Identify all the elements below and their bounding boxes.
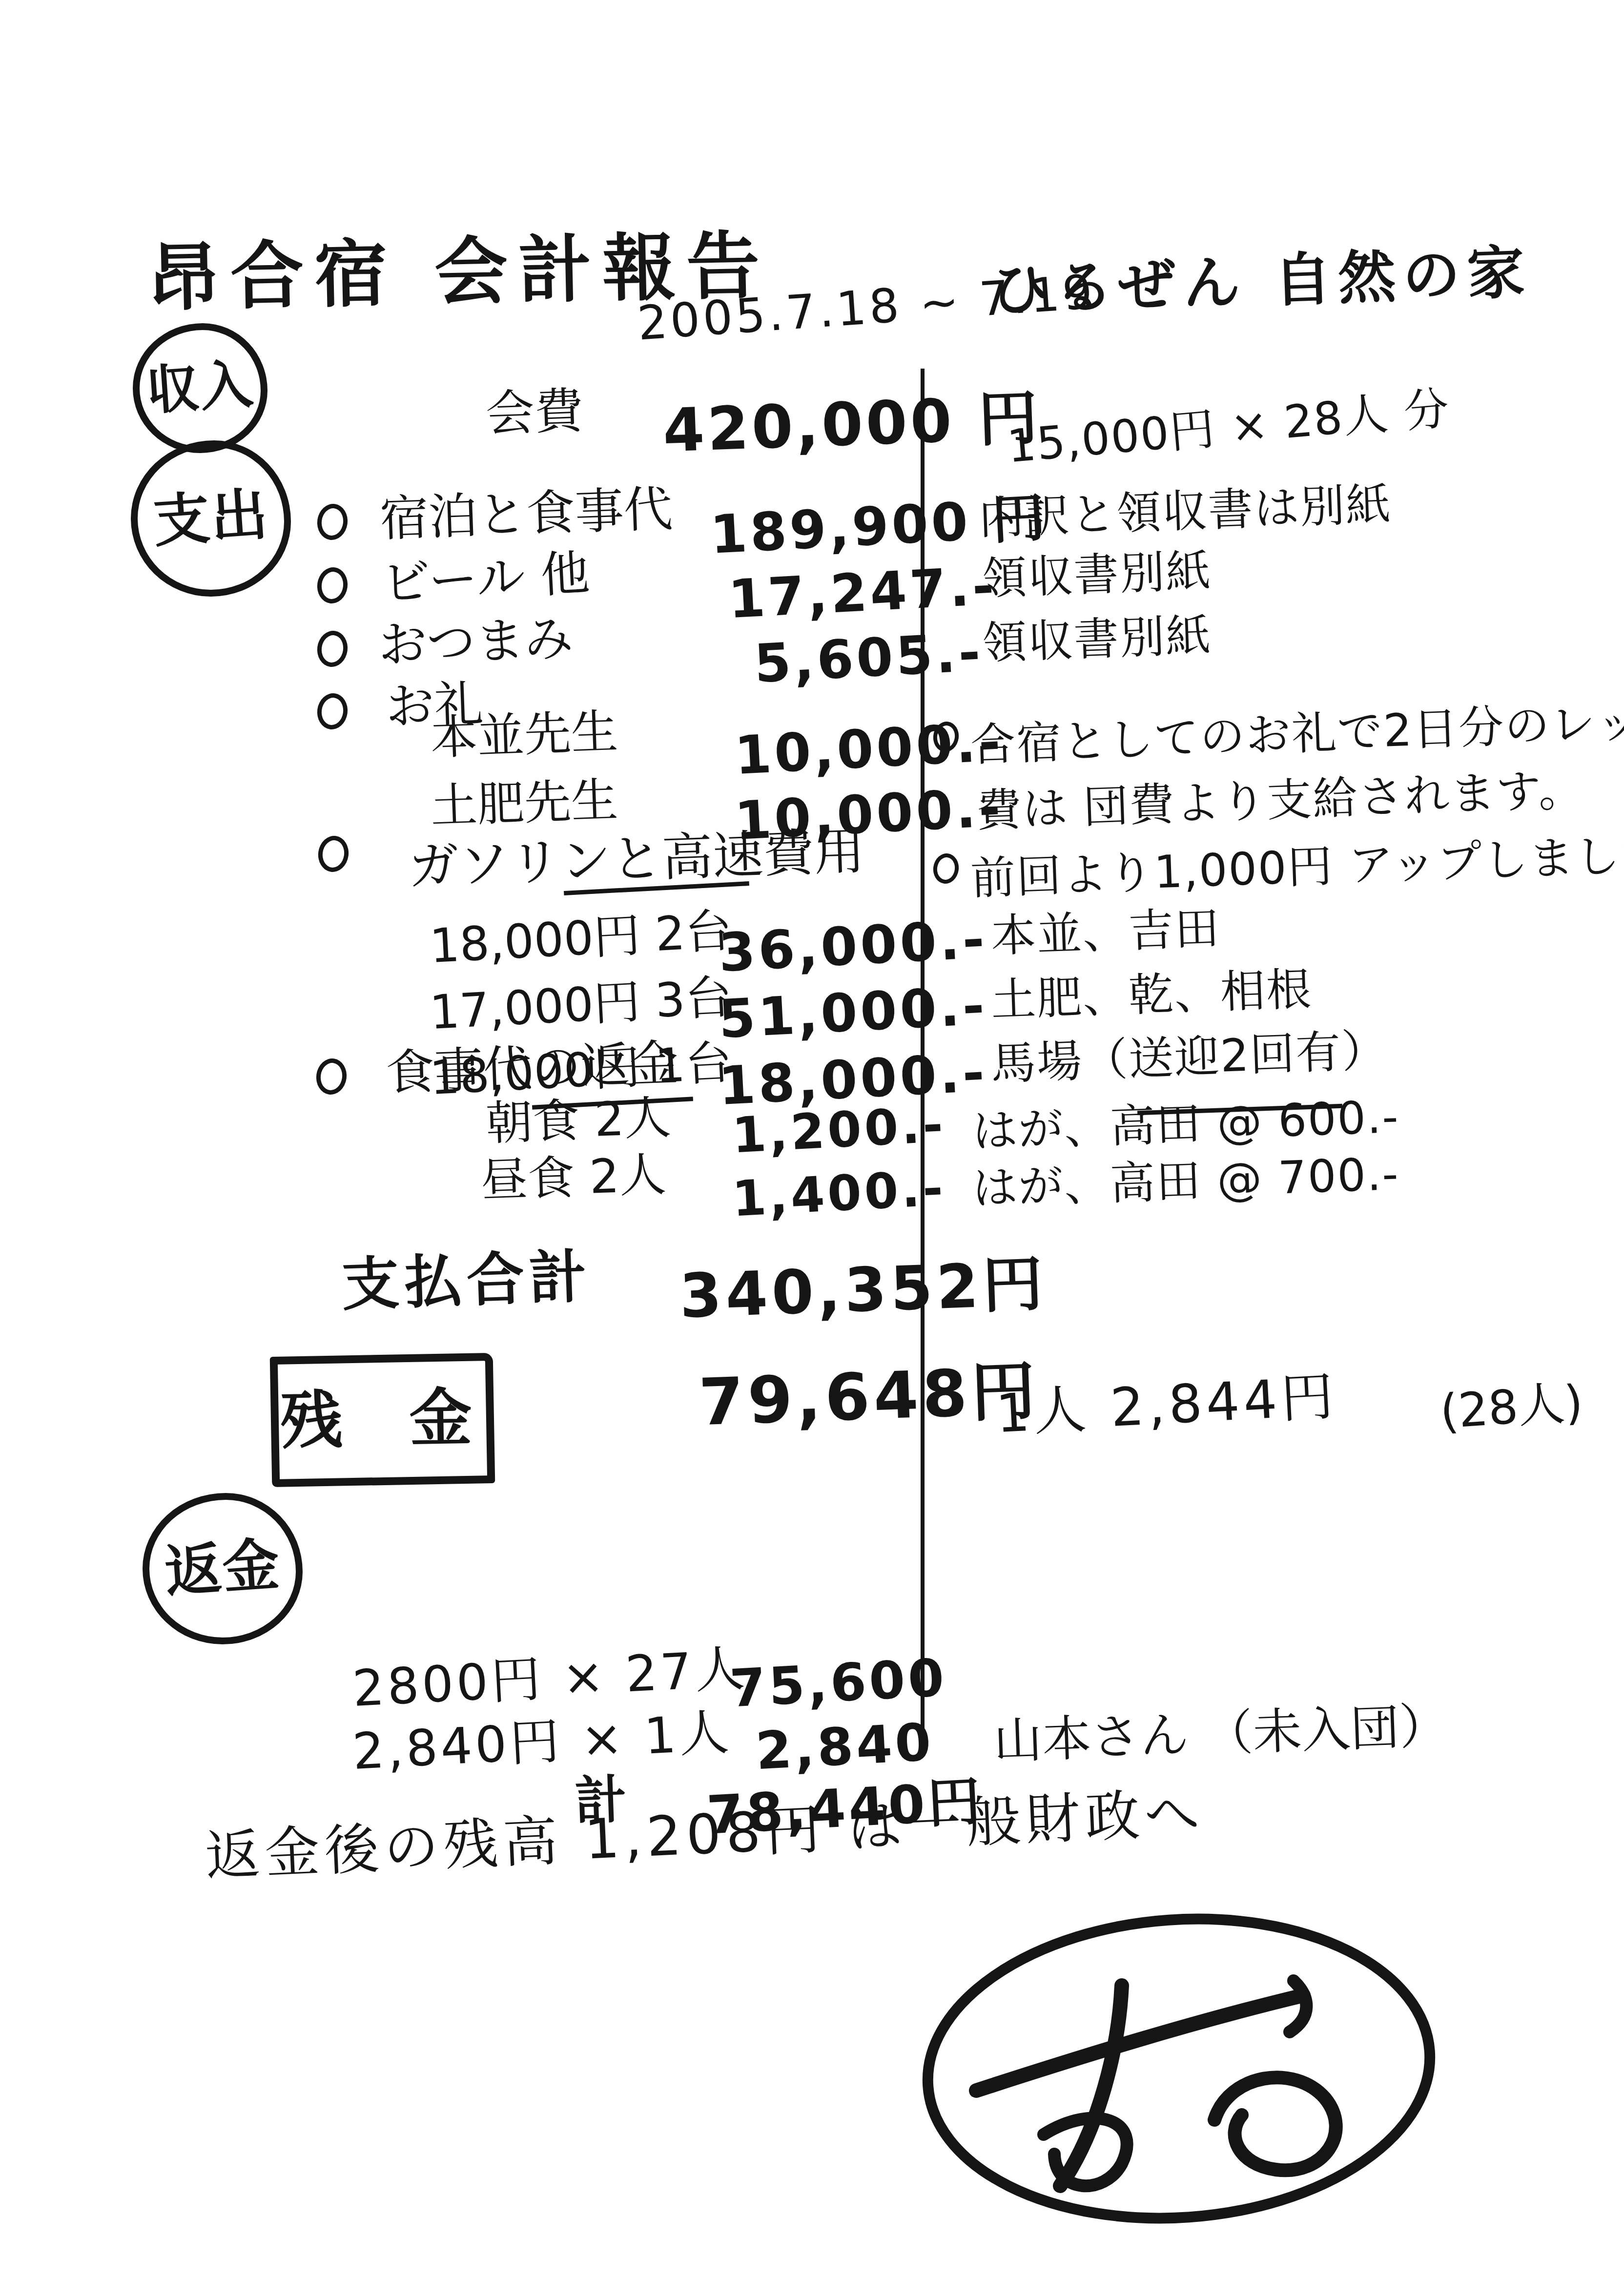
income-section-badge: 収入 — [133, 323, 267, 453]
breakfast-note: はが、高田 @ 600.- — [972, 1094, 1400, 1156]
bullet-circle-icon — [315, 629, 350, 669]
balance-amount: 79,648円 — [698, 1357, 1041, 1437]
venue-name: ひるぜん 自然の家 — [990, 242, 1532, 321]
gasoline-label: ガソリンと高速費用 — [407, 825, 865, 894]
payment-total-amount: 340,352円 — [678, 1252, 1048, 1328]
gratuity-note-line1: 合宿としてのお礼で2日分のレッスン — [970, 696, 1624, 769]
meal-refund-label: 食事代の返金 — [385, 1037, 679, 1099]
membership-fee-label: 会費 — [485, 385, 584, 440]
breakfast-label: 朝食 2人 — [485, 1093, 672, 1148]
balance-box: 残 金 — [270, 1353, 495, 1487]
membership-fee-note: 15,000円 × 28人 分 — [1006, 385, 1452, 471]
membership-fee-amount: 420,000 円 — [662, 387, 1042, 462]
payment-total-label: 支払合計 — [341, 1246, 593, 1316]
gratuity-note-line2: 費は 団費より支給されます。 — [976, 767, 1585, 835]
lunch-note: はが、高田 @ 700.- — [972, 1151, 1400, 1213]
snacks-label: おつまみ — [377, 613, 574, 671]
refund-row1-amount: 75,600 — [728, 1650, 948, 1716]
balance-person-count: (28人) — [1439, 1378, 1584, 1437]
lodging-note: 内訳と領収書は別紙 — [978, 481, 1393, 542]
bullet-circle-icon — [931, 852, 961, 886]
breakfast-amount: 1,200.- — [731, 1099, 947, 1161]
gasoline-car2-amount: 51,000.- — [717, 978, 988, 1048]
refund-row2-formula: 2,840円 × 1人 — [351, 1706, 733, 1779]
bullet-circle-icon — [314, 1057, 349, 1097]
gasoline-note: 前回より1,000円 アップしました。 — [970, 830, 1624, 903]
signature-stamp-icon — [898, 1900, 1460, 2242]
beer-label: ビール 他 — [381, 547, 591, 609]
expenses-section-badge: 支出 — [131, 440, 291, 597]
gasoline-car2-note: 土肥、乾、相根 — [990, 966, 1313, 1024]
lunch-label: 昼食 2人 — [480, 1150, 667, 1205]
refund-row2-note: 山本さん （未入団） — [992, 1700, 1449, 1767]
gasoline-car2-label: 17,000円 3台 — [429, 973, 733, 1037]
closing-note: 返金後の残高 1,208円 は一般財政へ — [204, 1784, 1205, 1886]
refund-row2-amount: 2,840 — [754, 1715, 935, 1779]
document-page: 昂合宿 会計報告 2005.7.18 ~ 7.19 ひるぜん 自然の家 収入 会… — [0, 0, 1624, 2280]
gratuity-honnami-amount: 10,000.- — [733, 715, 1005, 784]
balance-per-person: 1人 2,844円 — [995, 1369, 1339, 1442]
gasoline-car1-label: 18,000円 2台 — [429, 906, 733, 971]
bullet-circle-icon — [315, 691, 350, 731]
gratuity-honnami-label: 本並先生 — [430, 707, 618, 763]
gasoline-car3-note: 馬場（送迎2回有） — [990, 1027, 1388, 1088]
balance-label: 残 金 — [270, 1385, 495, 1454]
bullet-circle-icon — [315, 565, 350, 605]
expenses-section-label: 支出 — [151, 485, 270, 552]
snacks-amount: 5,605.- — [753, 625, 985, 692]
beer-amount: 17,247.- — [727, 559, 998, 628]
beer-note: 領収書別紙 — [981, 548, 1212, 603]
bullet-circle-icon — [316, 834, 351, 874]
bullet-circle-icon — [315, 502, 350, 542]
refund-section-badge: 返金 — [143, 1493, 303, 1644]
refund-row1-formula: 2800円 × 27人 — [351, 1642, 749, 1715]
income-section-label: 収入 — [144, 357, 255, 419]
lunch-amount: 1,400.- — [731, 1162, 947, 1225]
lodging-label: 宿泊と食事代 — [379, 483, 673, 545]
snacks-note: 領収書別紙 — [981, 612, 1212, 667]
gratuity-doi-label: 土肥先生 — [430, 775, 618, 831]
gasoline-car1-note: 本並、吉田 — [990, 905, 1221, 960]
refund-section-label: 返金 — [163, 1535, 282, 1602]
gasoline-car1-amount: 36,000.- — [717, 912, 988, 981]
